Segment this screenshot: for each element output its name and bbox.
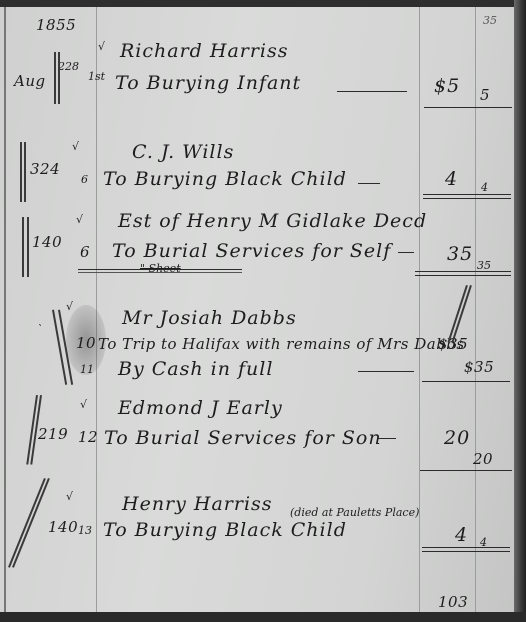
entry-name: Mr Josiah Dabbs bbox=[122, 307, 297, 329]
entry-total: $35 bbox=[464, 358, 494, 376]
entry-description: To Burying Black Child bbox=[103, 168, 347, 190]
entry-check: √ bbox=[66, 490, 73, 503]
entry-charge: 35 bbox=[447, 243, 473, 265]
entry-day: 12 bbox=[78, 428, 98, 446]
entry-day: 13 bbox=[78, 524, 92, 537]
entry-name: Est of Henry M Gidlake Decd bbox=[118, 210, 427, 232]
page-number: 103 bbox=[438, 593, 468, 611]
entry-day: 6 bbox=[81, 173, 88, 186]
entry-ref: 324 bbox=[30, 160, 60, 178]
ledger-year: 1855 bbox=[36, 16, 76, 34]
entry-total: 20 bbox=[473, 450, 493, 468]
entry-charge: 4 bbox=[455, 524, 468, 546]
entry-ref: 140 bbox=[32, 233, 62, 251]
total-column-rule bbox=[475, 7, 476, 612]
charge-column-rule bbox=[419, 7, 420, 612]
entry-sub-day: 11 bbox=[80, 363, 94, 376]
page-top-edge bbox=[0, 0, 526, 7]
entry-sub-description: By Cash in full bbox=[118, 358, 273, 380]
margin-mark: ˋ bbox=[37, 323, 43, 336]
entry-total: 5 bbox=[480, 86, 490, 104]
entry-day: 6 bbox=[80, 243, 90, 261]
book-binding bbox=[514, 0, 526, 622]
ledger-page: 1855 35 Aug 228 √ 1st Richard Harriss To… bbox=[0, 0, 514, 612]
page-bottom-edge bbox=[0, 612, 526, 622]
top-right-note: 35 bbox=[483, 14, 497, 27]
entry-total: 4 bbox=[481, 181, 488, 194]
entry-name: C. J. Wills bbox=[132, 141, 234, 163]
entry-name-note: (died at Pauletts Place) bbox=[290, 506, 419, 519]
entry-ref: 228 bbox=[58, 60, 79, 73]
entry-check: √ bbox=[80, 398, 87, 411]
entry-check: √ bbox=[76, 213, 83, 226]
entry-day: 10 bbox=[76, 334, 96, 352]
entry-day: 1st bbox=[88, 70, 105, 83]
entry-description: To Burying Black Child bbox=[103, 519, 347, 541]
entry-ref: 219 bbox=[38, 425, 68, 443]
entry-name: Richard Harriss bbox=[120, 40, 289, 62]
entry-check: √ bbox=[98, 40, 105, 53]
entry-check: √ bbox=[66, 300, 73, 313]
entry-charge: 4 bbox=[445, 168, 458, 190]
entry-description: To Burying Infant bbox=[115, 72, 301, 94]
entry-charge: $5 bbox=[434, 75, 460, 97]
entry-charge: 20 bbox=[444, 427, 470, 449]
entry-description: To Burial Services for Self bbox=[112, 240, 391, 262]
entry-description: To Burial Services for Son bbox=[104, 427, 382, 449]
entry-name: Edmond J Early bbox=[118, 397, 283, 419]
entry-ref: 140 bbox=[48, 518, 78, 536]
entry-description: To Trip to Halifax with remains of Mrs D… bbox=[98, 335, 465, 353]
left-margin-rule bbox=[4, 7, 6, 612]
entry-month: Aug bbox=[14, 72, 46, 90]
entry-check: √ bbox=[72, 140, 79, 153]
entry-name: Henry Harriss bbox=[122, 493, 273, 515]
